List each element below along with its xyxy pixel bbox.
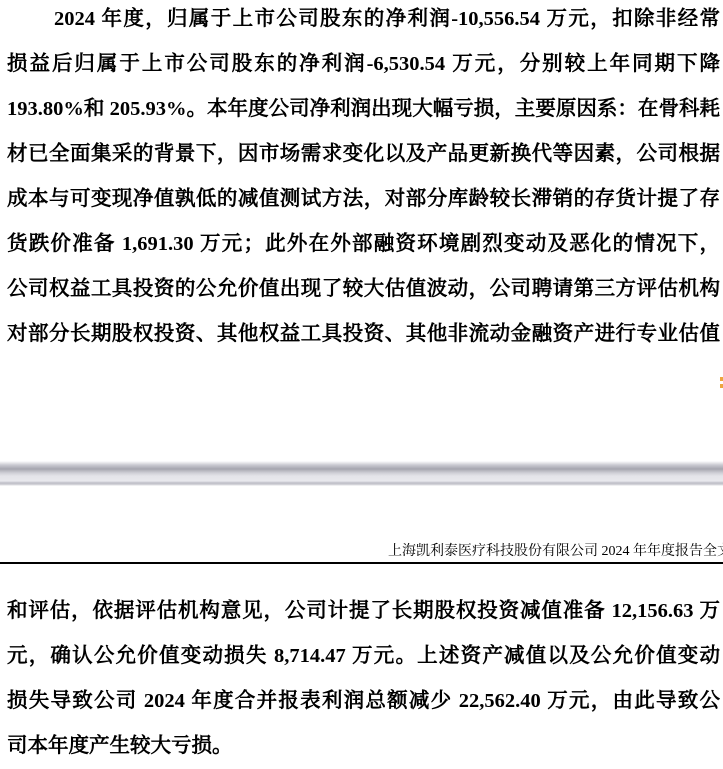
running-header: 上海凯利泰医疗科技股份有限公司 2024 年年度报告全文 (0, 541, 723, 562)
report-text-line: 损失导致公司 2024 年度合并报表利润总额减少 22,562.40 万元，由此… (7, 679, 720, 724)
page-separator (0, 461, 723, 486)
report-text-line: 193.80%和 205.93%。本年度公司净利润出现大幅亏损，主要原因系：在骨… (7, 87, 720, 132)
report-text-line: 公司权益工具投资的公允价值出现了较大估值波动，公司聘请第三方评估机构 (7, 267, 720, 312)
header-rule (0, 562, 723, 564)
report-text-line: 成本与可变现净值孰低的减值测试方法，对部分库龄较长滞销的存货计提了存 (7, 177, 720, 222)
report-text-line: 元，确认公允价值变动损失 8,714.47 万元。上述资产减值以及公允价值变动 (7, 634, 720, 679)
report-text-line: 货跌价准备 1,691.30 万元；此外在外部融资环境剧烈变动及恶化的情况下， (7, 222, 720, 267)
report-text-line: 司本年度产生较大亏损。 (7, 724, 720, 769)
report-text-line: 2024 年度，归属于上市公司股东的净利润-10,556.54 万元，扣除非经常 (7, 0, 720, 42)
report-text-line: 和评估，依据评估机构意见，公司计提了长期股权投资减值准备 12,156.63 万 (7, 589, 720, 634)
report-text-line: 损益后归属于上市公司股东的净利润-6,530.54 万元，分别较上年同期下降 (7, 42, 720, 87)
report-text-line: 对部分长期股权投资、其他权益工具投资、其他非流动金融资产进行专业估值 (7, 312, 720, 357)
report-text-line: 材已全面集采的背景下，因市场需求变化以及产品更新换代等因素，公司根据 (7, 132, 720, 177)
document-page-1-paragraph: 2024 年度，归属于上市公司股东的净利润-10,556.54 万元，扣除非经常… (7, 0, 720, 357)
document-page-2-paragraph: 和评估，依据评估机构意见，公司计提了长期股权投资减值准备 12,156.63 万… (7, 589, 720, 769)
